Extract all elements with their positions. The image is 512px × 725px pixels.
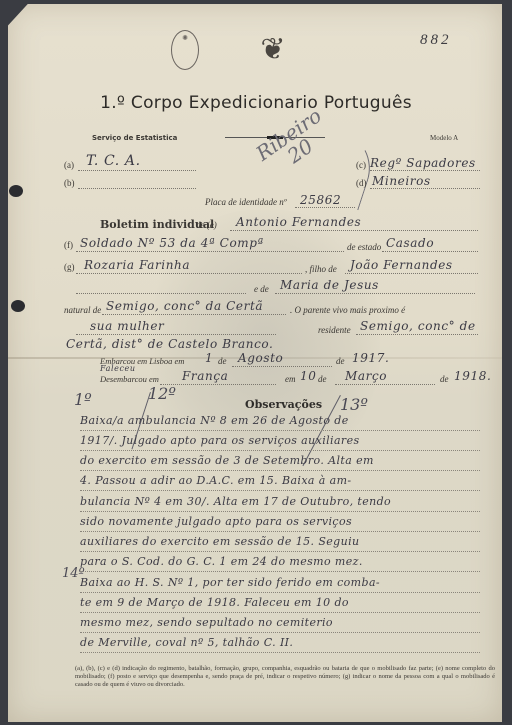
disembarked-de2: de	[440, 374, 449, 384]
name-value: Antonio Fernandes	[236, 215, 361, 229]
observations-title: Observações	[245, 398, 322, 411]
field-a-line	[78, 170, 196, 171]
died-annotation: Faleceu	[100, 364, 136, 373]
civil-status-value: Casado	[386, 236, 434, 250]
rank-value: Soldado Nº 53 da 4ª Compª	[80, 236, 264, 250]
observation-line: 1917/. Julgado apto para os serviços aux…	[80, 432, 480, 451]
field-a-value: T. C. A.	[86, 153, 141, 169]
and-of-label: e de	[254, 284, 269, 294]
punch-hole-bottom	[11, 300, 25, 312]
disembarked-place-line	[160, 384, 276, 385]
field-c-value: Regº Sapadores	[370, 156, 476, 170]
observation-line: Baixa/a ambulancia Nº 8 em 26 de Agosto …	[80, 412, 480, 431]
next-of-kin-line	[76, 334, 276, 335]
embarked-de: de	[218, 356, 227, 366]
observation-line: 4. Passou a adir ao D.A.C. em 15. Baixa …	[80, 472, 480, 491]
observation-line: bulancia Nº 4 em 30/. Alta em 17 de Outu…	[80, 493, 480, 512]
mother-prefix-line	[76, 293, 246, 294]
observation-line: para o S. Cod. do G. C. 1 em 24 do mesmo…	[80, 553, 480, 572]
margin-mark-1: 1º	[74, 390, 92, 409]
field-f-label: (f)	[64, 240, 73, 250]
field-b-line	[78, 188, 196, 189]
footnote: (a), (b), (c) e (d) indicação do regimen…	[75, 665, 495, 689]
next-of-kin-label: . O parente vivo mais proximo é	[290, 305, 405, 315]
star-icon: ✺	[182, 34, 188, 42]
embarked-de2: de	[336, 356, 345, 366]
spouse-line	[76, 273, 302, 274]
coat-of-arms-icon: ❦	[248, 30, 298, 70]
disembarked-year: 1918.	[454, 369, 491, 383]
field-a-label: (a)	[64, 160, 74, 170]
field-g-label: (g)	[64, 262, 75, 272]
model-label: Modelo A	[430, 134, 458, 142]
disembarked-month-line	[335, 384, 435, 385]
id-plate-line	[295, 207, 355, 208]
field-b-label: (b)	[64, 178, 75, 188]
embarked-month-line	[232, 366, 332, 367]
resident-line	[356, 334, 478, 335]
father-value: João Fernandes	[350, 258, 453, 272]
archive-stamp: ✺	[171, 30, 199, 70]
disembarked-de: de	[318, 374, 327, 384]
son-of-label: , filho de	[305, 264, 337, 274]
margin-mark-2: 12º	[148, 384, 176, 403]
rank-line	[76, 251, 344, 252]
disembarked-place: França	[182, 369, 228, 383]
document-title: 1.º Corpo Expedicionario Português	[0, 93, 512, 113]
embarked-year: 1917.	[352, 351, 389, 365]
id-plate-value: 25862	[300, 193, 341, 207]
observation-line: sido novamente julgado apto para os serv…	[80, 513, 480, 532]
observation-line: de Merville, coval nº 5, talhão C. II.	[80, 634, 480, 653]
disembarked-label: Desembarcou em	[100, 374, 159, 384]
mother-value: Maria de Jesus	[280, 278, 379, 292]
bulletin-of-label: de (e)	[196, 220, 217, 230]
embarked-month: Agosto	[238, 351, 283, 365]
civil-status-label: de estado	[347, 242, 381, 252]
father-line	[345, 273, 478, 274]
resident-value-cont: Certã, dist° de Castelo Branco.	[66, 337, 273, 351]
disembarked-em: em	[285, 374, 296, 384]
department-label: Serviço de Estatistica	[92, 134, 177, 142]
resident-value: Semigo, conc° de	[360, 319, 476, 333]
disembarked-day: 10	[300, 369, 316, 383]
next-of-kin-value: sua mulher	[90, 319, 164, 333]
disembarked-month: Março	[345, 369, 387, 383]
field-d-line	[370, 188, 480, 189]
civil-status-line	[382, 251, 478, 252]
name-line	[230, 230, 478, 231]
embarked-day: 1	[205, 351, 213, 365]
observation-line: mesmo mez, sendo sepultado no cemiterio	[80, 614, 480, 633]
observation-line: auxiliares do exercito em sessão de 15. …	[80, 533, 480, 552]
natural-value: Semigo, conc° da Certã	[106, 299, 263, 313]
observation-line: do exercito em sessão de 3 de Setembro. …	[80, 452, 480, 471]
field-c-line	[370, 170, 480, 171]
mother-line	[275, 293, 475, 294]
spouse-value: Rozaria Farinha	[84, 258, 190, 272]
observation-line: Baixa ao H. S. Nº 1, por ter sido ferido…	[80, 574, 480, 593]
natural-label: natural de	[64, 305, 101, 315]
observation-line: te em 9 de Março de 1918. Faleceu em 10 …	[80, 594, 480, 613]
resident-label: residente	[318, 325, 351, 335]
field-d-label: (d)	[356, 178, 367, 188]
id-plate-label: Placa de identidade nº	[205, 197, 287, 207]
field-d-value: Mineiros	[372, 174, 431, 188]
punch-hole-top	[9, 185, 23, 197]
field-c-label: (c)	[356, 160, 366, 170]
natural-line	[102, 314, 286, 315]
page-number: 882	[420, 32, 452, 49]
